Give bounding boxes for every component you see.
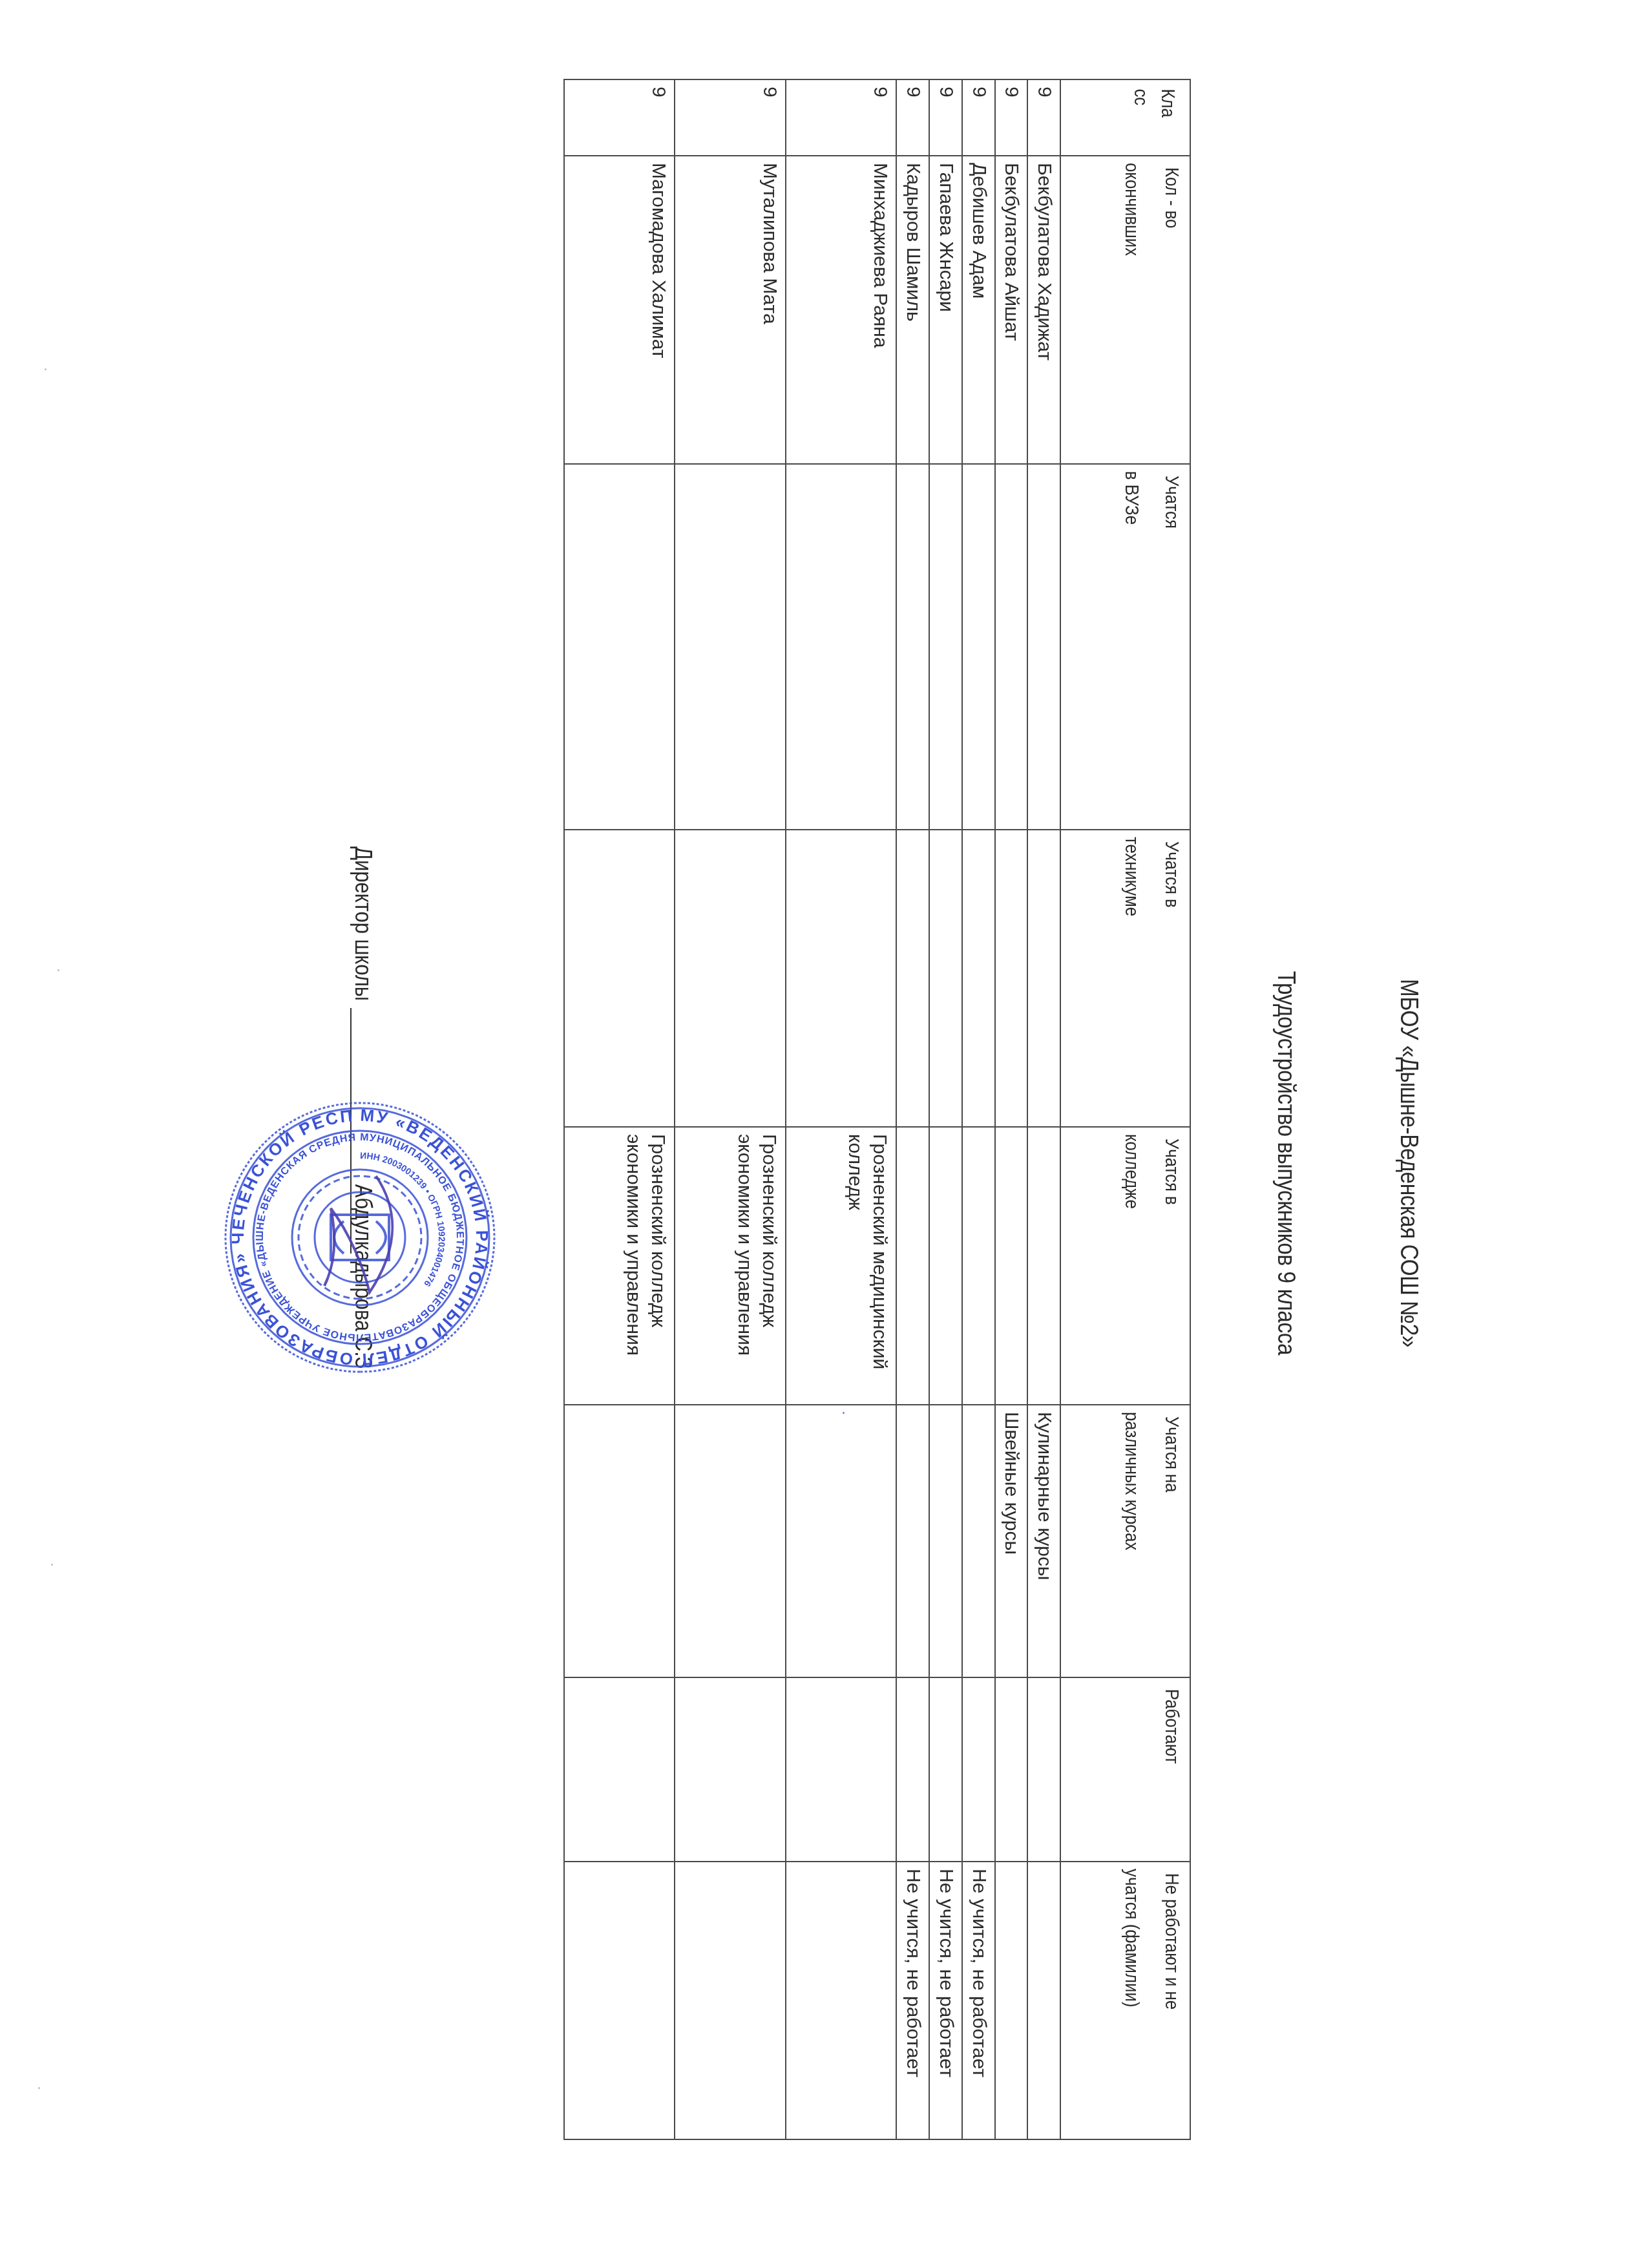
cell-working bbox=[929, 1677, 962, 1862]
table-header-row: Класс Кол - воокончивших Учатсяв ВУЗе Уч… bbox=[1060, 79, 1190, 2139]
table-row: 9Дебишев АдамНе учится, не работает bbox=[962, 79, 995, 2139]
cell-technical-school bbox=[675, 830, 786, 1127]
header-class: Класс bbox=[1060, 79, 1190, 156]
cell-working bbox=[962, 1677, 995, 1862]
cell-technical-school bbox=[896, 830, 929, 1127]
cell-class: 9 bbox=[786, 79, 896, 156]
cell-courses bbox=[564, 1405, 675, 1677]
cell-working bbox=[564, 1677, 675, 1862]
table-row: 9Кадыров ШамильНе учится, не работает bbox=[896, 79, 929, 2139]
official-stamp-icon: МУ «ВЕДЕНСКИЙ РАЙОННЫЙ ОТДЕЛ ОБРАЗОВАНИЯ… bbox=[221, 1098, 499, 1376]
cell-technical-school bbox=[995, 830, 1028, 1127]
cell-working bbox=[786, 1677, 896, 1862]
header-not-working: Не работают и неучатся (фамилии) bbox=[1060, 1862, 1190, 2139]
cell-not-working: Не учится, не работает bbox=[962, 1862, 995, 2139]
cell-university bbox=[929, 464, 962, 830]
cell-name: Дебишев Адам bbox=[962, 156, 995, 464]
cell-name: Гапаева Жнсари bbox=[929, 156, 962, 464]
cell-not-working bbox=[786, 1862, 896, 2139]
cell-courses bbox=[786, 1405, 896, 1677]
cell-name: Муталипова Мата bbox=[675, 156, 786, 464]
cell-courses: Кулинарные курсы bbox=[1027, 1405, 1060, 1677]
school-name: МБОУ «Дышне-Веденская СОШ №2» bbox=[1394, 140, 1423, 2187]
header-university: Учатсяв ВУЗе bbox=[1060, 464, 1190, 830]
cell-college bbox=[995, 1127, 1028, 1405]
cell-class: 9 bbox=[675, 79, 786, 156]
cell-name: Бекбулатова Айшат bbox=[995, 156, 1028, 464]
table-row: 9Магомадова ХалиматГрозненский колледж э… bbox=[564, 79, 675, 2139]
cell-working bbox=[896, 1677, 929, 1862]
cell-college bbox=[1027, 1127, 1060, 1405]
cell-courses bbox=[896, 1405, 929, 1677]
document-title: Трудоустройство выпускников 9 класса bbox=[1272, 140, 1300, 2187]
cell-college: Грозненский колледж экономики и управлен… bbox=[675, 1127, 786, 1405]
cell-technical-school bbox=[929, 830, 962, 1127]
scanned-page: МБОУ «Дышне-Веденская СОШ №2» Трудоустро… bbox=[0, 0, 1649, 2268]
table-row: 9Муталипова МатаГрозненский колледж экон… bbox=[675, 79, 786, 2139]
director-role: Директор школы bbox=[350, 846, 377, 1001]
cell-technical-school bbox=[1027, 830, 1060, 1127]
header-college: Учатся вколледже bbox=[1060, 1127, 1190, 1405]
cell-university bbox=[675, 464, 786, 830]
cell-class: 9 bbox=[995, 79, 1028, 156]
cell-courses bbox=[929, 1405, 962, 1677]
cell-university bbox=[995, 464, 1028, 830]
cell-technical-school bbox=[962, 830, 995, 1127]
cell-name: Бекбулатова Хадижат bbox=[1027, 156, 1060, 464]
cell-not-working bbox=[675, 1862, 786, 2139]
cell-working bbox=[675, 1677, 786, 1862]
cell-courses bbox=[675, 1405, 786, 1677]
table-row: 9Бекбулатова ХадижатКулинарные курсы bbox=[1027, 79, 1060, 2139]
cell-name: Магомадова Халимат bbox=[564, 156, 675, 464]
cell-college: Грозненский колледж экономики и управлен… bbox=[564, 1127, 675, 1405]
header-working: Работают bbox=[1060, 1677, 1190, 1862]
cell-college: Грозненский медицинский колледж bbox=[786, 1127, 896, 1405]
header-courses: Учатся наразличных курсах bbox=[1060, 1405, 1190, 1677]
graduates-employment-table: Класс Кол - воокончивших Учатсяв ВУЗе Уч… bbox=[563, 79, 1191, 2140]
cell-name: Кадыров Шамиль bbox=[896, 156, 929, 464]
cell-class: 9 bbox=[564, 79, 675, 156]
cell-working bbox=[1027, 1677, 1060, 1862]
cell-class: 9 bbox=[1027, 79, 1060, 156]
cell-courses bbox=[962, 1405, 995, 1677]
cell-university bbox=[962, 464, 995, 830]
cell-not-working bbox=[1027, 1862, 1060, 2139]
table-row: 9Минхаджиева РаянаГрозненский медицински… bbox=[786, 79, 896, 2139]
header-graduates-count: Кол - воокончивших bbox=[1060, 156, 1190, 464]
cell-university bbox=[896, 464, 929, 830]
cell-college bbox=[896, 1127, 929, 1405]
cell-not-working: Не учится, не работает bbox=[929, 1862, 962, 2139]
cell-university bbox=[564, 464, 675, 830]
cell-class: 9 bbox=[896, 79, 929, 156]
table-row: 9Гапаева ЖнсариНе учится, не работает bbox=[929, 79, 962, 2139]
cell-university bbox=[786, 464, 896, 830]
table-row: 9Бекбулатова АйшатШвейные курсы bbox=[995, 79, 1028, 2139]
cell-technical-school bbox=[786, 830, 896, 1127]
cell-college bbox=[962, 1127, 995, 1405]
cell-university bbox=[1027, 464, 1060, 830]
cell-not-working bbox=[995, 1862, 1028, 2139]
cell-college bbox=[929, 1127, 962, 1405]
cell-class: 9 bbox=[929, 79, 962, 156]
cell-class: 9 bbox=[962, 79, 995, 156]
header-technical-school: Учатся втехникуме bbox=[1060, 830, 1190, 1127]
cell-not-working: Не учится, не работает bbox=[896, 1862, 929, 2139]
cell-working bbox=[995, 1677, 1028, 1862]
cell-name: Минхаджиева Раяна bbox=[786, 156, 896, 464]
cell-not-working bbox=[564, 1862, 675, 2139]
cell-technical-school bbox=[564, 830, 675, 1127]
cell-courses: Швейные курсы bbox=[995, 1405, 1028, 1677]
